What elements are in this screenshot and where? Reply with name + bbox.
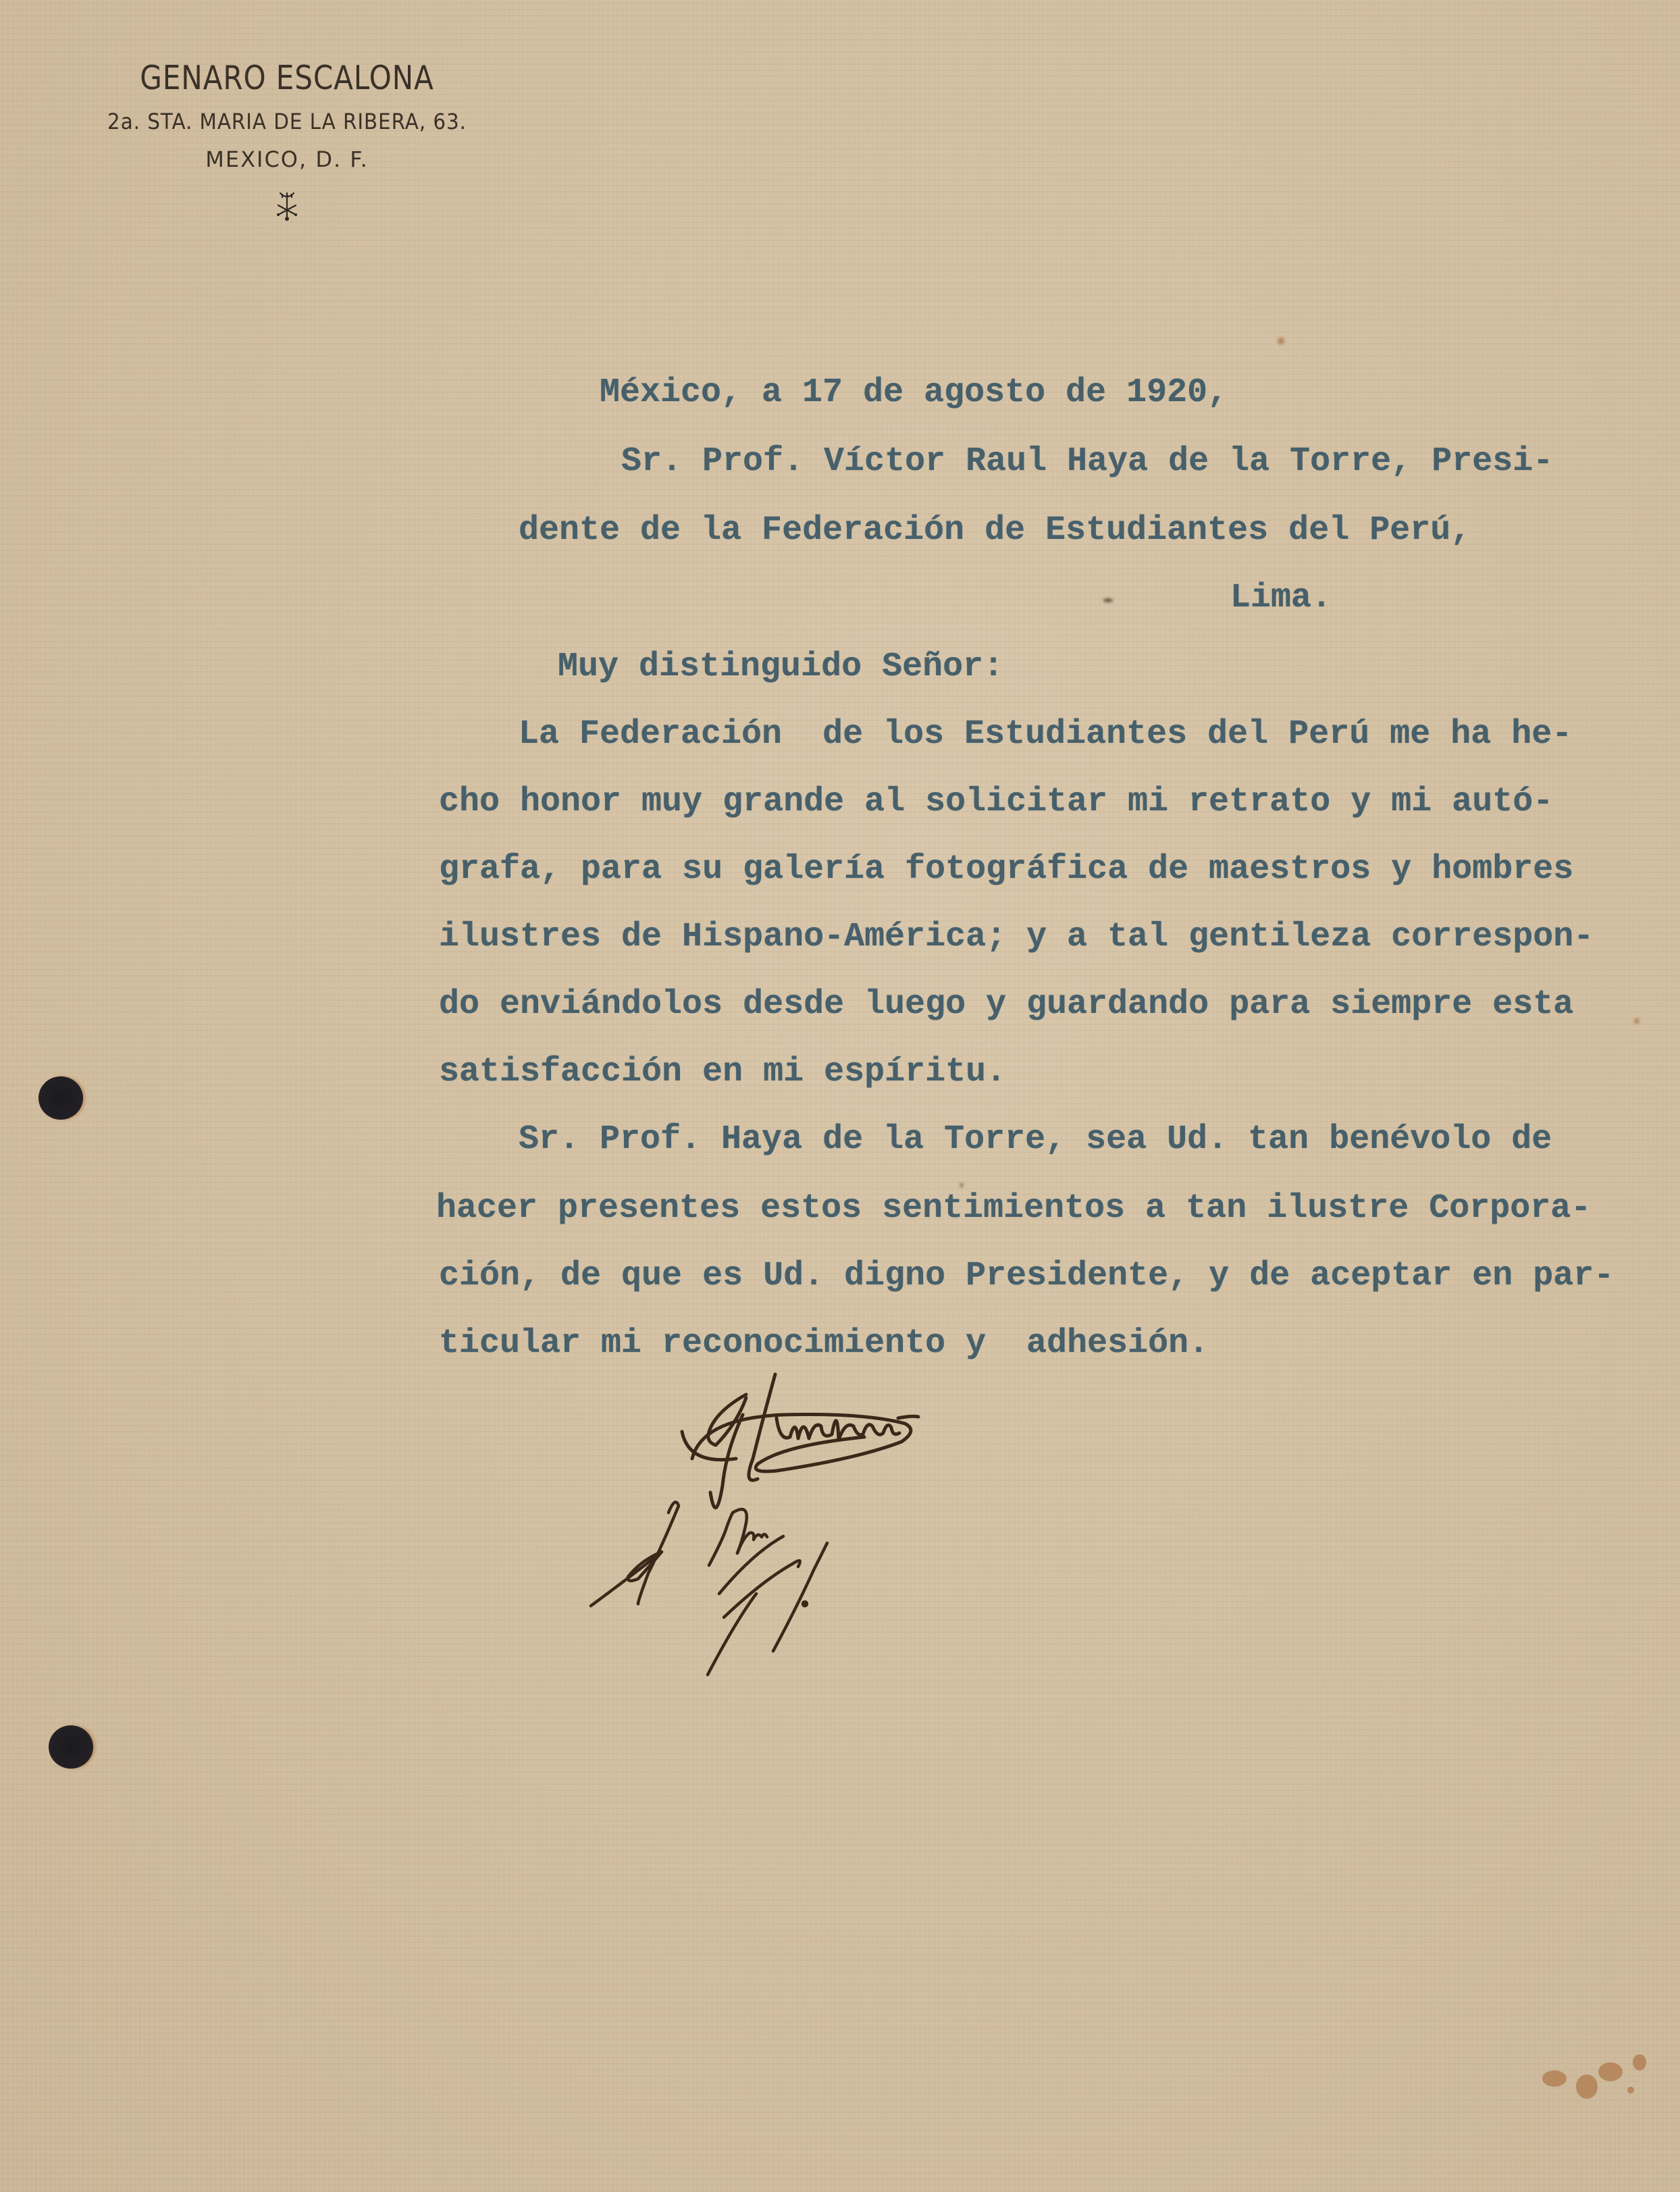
foxing-stain [1533, 2053, 1661, 2114]
paragraph-2-line: Sr. Prof. Haya de la Torre, sea Ud. tan … [519, 1120, 1552, 1160]
letterhead-address: 2a. STA. MARIA DE LA RIBERA, 63. [85, 103, 489, 140]
letterhead-name: GENARO ESCALONA [99, 54, 476, 103]
foxing-speck [1634, 1018, 1639, 1024]
paragraph-1-line: La Federación de los Estudiantes del Per… [519, 714, 1572, 755]
foxing-speck [1278, 338, 1284, 344]
paragraph-2-line: hacer presentes estos sentimientos a tan… [436, 1189, 1591, 1229]
ornament-mark-icon [270, 189, 304, 223]
handwritten-signatures [581, 1351, 1526, 1823]
date-line: México, a 17 de agosto de 1920, [600, 373, 1228, 413]
recipient-line-1: Sr. Prof. Víctor Raul Haya de la Torre, … [621, 442, 1553, 482]
paragraph-1-line: grafa, para su galería fotográfica de ma… [439, 850, 1573, 890]
letterhead: GENARO ESCALONA 2a. STA. MARIA DE LA RIB… [68, 54, 506, 178]
ink-speck [1103, 598, 1113, 602]
recipient-city: Lima. [1230, 578, 1332, 619]
letterhead-city: MEXICO, D. F. [68, 140, 506, 178]
paragraph-1-line: do enviándolos desde luego y guardando p… [439, 985, 1573, 1025]
paragraph-2-line: ción, de que es Ud. digno Presidente, y … [439, 1256, 1614, 1297]
paragraph-1-line: cho honor muy grande al solicitar mi ret… [439, 782, 1553, 823]
recipient-line-2: dente de la Federación de Estudiantes de… [519, 511, 1471, 551]
salutation: Muy distinguido Señor: [558, 647, 1003, 687]
paragraph-1-line: satisfacción en mi espíritu. [439, 1052, 1006, 1093]
punch-hole-upper [38, 1076, 83, 1120]
paragraph-1-line: ilustres de Hispano-América; y a tal gen… [439, 917, 1594, 958]
ink-speck [960, 1183, 963, 1187]
punch-hole-lower [49, 1725, 93, 1769]
signature-escalona [682, 1374, 918, 1508]
signature-closing [591, 1502, 827, 1675]
